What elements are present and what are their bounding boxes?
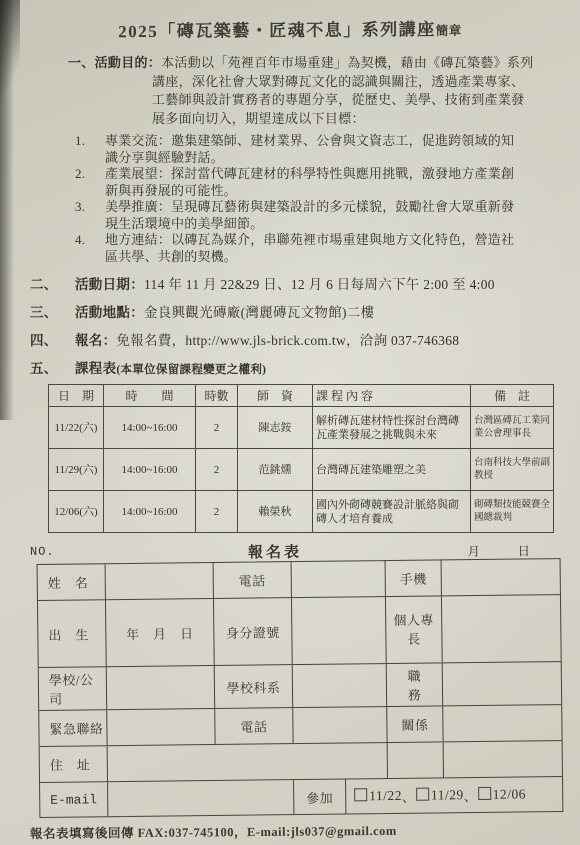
- goal-list: 1.專業交流：邀集建築師、建材業界、公會與文資志工，促進跨領域的知識分享與經驗對…: [75, 133, 527, 265]
- section-location-text: 金良興觀光磚廠(灣麗磚瓦文物館)二樓: [144, 305, 374, 320]
- table-row: 12/06(六) 14:00~16:00 2 賴榮秋 國內外砌磚競賽設計脈絡與砌…: [49, 491, 554, 533]
- checkbox-icon: [416, 788, 429, 801]
- phone-field-blank: [291, 561, 385, 597]
- section-purpose-body: 本活動以「苑裡百年市場重建」為契機，藉由《磚瓦築藝》系列講座，深化社會大眾對磚瓦…: [152, 55, 534, 126]
- goal-text: 專業交流：邀集建築師、建材業界、公會與文資志工，促進跨領域的知識分享與經驗對話。: [105, 133, 514, 165]
- goal-number: 1.: [75, 133, 105, 150]
- course-header-time: 時 間: [104, 385, 196, 407]
- course-table: 日 期 時 間 時數 師 資 課 程 內 容 備 註 11/22(六) 14:0…: [48, 384, 554, 533]
- course-remarks: 台南科技大學前副教授: [471, 449, 554, 491]
- seminar-flyer-document: 2025「磚瓦築藝・匠魂不息」系列講座簡章 一、活動目的：本活動以「苑裡百年市場…: [0, 0, 580, 845]
- registration-month-label: 月: [467, 542, 480, 560]
- job-title-field-label: 職 務: [386, 663, 442, 706]
- course-header-date: 日 期: [49, 385, 104, 407]
- goal-number: 2.: [75, 166, 105, 183]
- mobile-field-label: 手機: [385, 560, 441, 596]
- id-number-field-label: 身分證號: [213, 598, 292, 665]
- school-company-field-blank: [106, 666, 214, 709]
- emergency-contact-field-blank: [106, 709, 214, 745]
- registration-row-email: E-mail 參加 11/22 、 11/29 、 12/06: [40, 776, 562, 817]
- registration-row-name: 姓 名 電話 手機: [38, 559, 560, 600]
- join-option-label: 11/29: [431, 787, 464, 802]
- goal-number: 3.: [75, 199, 105, 216]
- join-option-separator: 、: [402, 786, 416, 806]
- relation-field-label: 關係: [386, 706, 442, 742]
- section-schedule-heading: 課程表: [75, 361, 116, 376]
- name-field-blank: [105, 563, 213, 599]
- specialty-field-label: 個人專 長: [385, 596, 442, 663]
- section-location: 三、活動地點：金良興觀光磚廠(灣麗磚瓦文物館)二樓: [30, 304, 580, 321]
- course-time: 14:00~16:00: [104, 449, 196, 491]
- join-option-label: 11/22: [369, 788, 402, 803]
- course-hours: 2: [196, 491, 238, 533]
- section-purpose: 一、活動目的：本活動以「苑裡百年市場重建」為契機，藉由《磚瓦築藝》系列講座，深化…: [68, 54, 536, 128]
- join-option: 11/29: [416, 787, 464, 804]
- section-signup-text: 免報名費，http://www.jls-brick.com.tw，洽詢 037-…: [116, 333, 459, 348]
- section-location-heading: 活動地點：: [75, 305, 144, 320]
- specialty-label-line1: 個人專: [393, 611, 434, 630]
- goal-text: 美學推廣：呈現磚瓦藝術與建築設計的多元樣貌，鼓勵社會大眾重新發現生活環境中的美學…: [105, 199, 514, 231]
- course-instructor: 賴榮秋: [238, 491, 313, 533]
- emergency-phone-field-blank: [292, 707, 386, 743]
- section-schedule-note: (本單位保留課程變更之權利): [116, 364, 266, 376]
- section-date-number: 二、: [30, 276, 75, 293]
- course-time: 14:00~16:00: [104, 491, 196, 533]
- join-option: 12/06: [478, 786, 526, 803]
- course-content: 國內外砌磚競賽設計脈絡與砌磚人才培育養成: [313, 491, 471, 533]
- section-date-heading: 活動日期：: [75, 277, 144, 292]
- email-field-blank: [107, 780, 293, 816]
- goal-text: 產業展望：探討當代磚瓦建材的科學特性與應用挑戰，激發地方產業創新與再發展的可能性…: [105, 166, 514, 198]
- course-header-instructor: 師 資: [238, 385, 313, 407]
- course-time: 14:00~16:00: [104, 407, 196, 449]
- registration-row-birth: 出 生 年 月 日 身分證號 個人專 長: [38, 594, 561, 667]
- registration-row-school: 學校/公司 學校科系 職 務: [39, 661, 561, 710]
- id-number-field-blank: [291, 597, 386, 664]
- document-title-main: 2025「磚瓦築藝・匠魂不息」系列講座: [118, 20, 436, 41]
- table-row: 11/29(六) 14:00~16:00 2 范銚燻 台灣磚瓦建築雕塑之美 台南…: [49, 449, 554, 491]
- section-signup: 四、報名：免報名費，http://www.jls-brick.com.tw，洽詢…: [30, 332, 580, 349]
- emergency-phone-field-label: 電話: [214, 708, 292, 744]
- join-field-label: 參加: [293, 780, 345, 815]
- department-field-blank: [292, 664, 386, 707]
- section-schedule: 五、課程表(本單位保留課程變更之權利): [30, 360, 580, 379]
- birth-ymd-hint: 年 月 日: [105, 599, 214, 666]
- course-remarks: 砌磚類技能競賽全國總裁判: [471, 491, 554, 533]
- registration-row-emergency: 緊急聯絡 電話 關係: [39, 704, 561, 746]
- table-row: 11/22(六) 14:00~16:00 2 陳志銨 解析磚瓦建材特性探討台灣磚…: [49, 407, 554, 449]
- join-option: 11/22: [354, 788, 402, 805]
- course-instructor: 陳志銨: [238, 407, 313, 449]
- department-field-label: 學校科系: [214, 665, 292, 708]
- course-date: 11/22(六): [49, 407, 104, 449]
- registration-return-instructions: 報名表填寫後回傳 FAX:037-745100，E-mail:jls037@gm…: [30, 819, 580, 842]
- join-option-label: 12/06: [493, 786, 526, 801]
- goal-item: 3.美學推廣：呈現磚瓦藝術與建築設計的多元樣貌，鼓勵社會大眾重新發現生活環境中的…: [75, 199, 527, 232]
- course-remarks: 台灣區磚瓦工業同業公會理事長: [471, 407, 554, 449]
- section-purpose-number: 一、: [68, 55, 95, 70]
- mobile-field-blank: [441, 559, 560, 595]
- address-field-blank: [107, 743, 387, 781]
- goal-item: 4.地方連結：以磚瓦為媒介，串聯苑裡市場重建與地方文化特色，營造社區共學、共創的…: [75, 232, 527, 265]
- specialty-field-blank: [441, 595, 561, 662]
- section-schedule-number: 五、: [30, 360, 75, 377]
- section-date: 二、活動日期：114 年 11 月 22&29 日、12 月 6 日每周六下午 …: [30, 276, 580, 293]
- course-content: 台灣磚瓦建築雕塑之美: [313, 449, 471, 491]
- course-date: 11/29(六): [49, 449, 104, 491]
- address-field-label: 住 址: [40, 746, 107, 782]
- course-hours: 2: [196, 449, 238, 491]
- course-date: 12/06(六): [49, 491, 104, 533]
- section-signup-number: 四、: [30, 332, 75, 349]
- goal-item: 2.產業展望：探討當代磚瓦建材的科學特性與應用挑戰，激發地方產業創新與再發展的可…: [75, 166, 527, 199]
- course-header-hours: 時數: [196, 385, 238, 407]
- checkbox-icon: [354, 788, 367, 801]
- section-purpose-heading: 活動目的：: [95, 55, 162, 70]
- registration-row-address: 住 址: [40, 740, 562, 782]
- specialty-label-line2: 長: [407, 630, 421, 649]
- section-signup-heading: 報名：: [75, 333, 116, 348]
- address-extra-cell: [387, 742, 443, 778]
- course-table-header-row: 日 期 時 間 時數 師 資 課 程 內 容 備 註: [49, 385, 554, 407]
- emergency-contact-field-label: 緊急聯絡: [39, 710, 106, 746]
- document-title-suffix: 簡章: [436, 24, 462, 38]
- course-hours: 2: [196, 407, 238, 449]
- course-instructor: 范銚燻: [238, 449, 313, 491]
- job-title-field-blank: [442, 662, 561, 705]
- document-title: 2025「磚瓦築藝・匠魂不息」系列講座簡章: [0, 14, 580, 43]
- course-content: 解析磚瓦建材特性探討台灣磚瓦產業發展之挑戰與未來: [313, 407, 471, 449]
- email-field-label: E-mail: [40, 782, 107, 817]
- goal-text: 地方連結：以磚瓦為媒介，串聯苑裡市場重建與地方文化特色，營造社區共學、共創的契機…: [105, 232, 514, 264]
- registration-form-table: 姓 名 電話 手機 出 生 年 月 日 身分證號 個人專 長 學校/公司 學校科…: [37, 558, 564, 818]
- join-options: 11/22 、 11/29 、 12/06: [345, 777, 562, 813]
- checkbox-icon: [478, 787, 491, 800]
- name-field-label: 姓 名: [38, 564, 105, 600]
- phone-field-label: 電話: [213, 562, 291, 598]
- section-date-text: 114 年 11 月 22&29 日、12 月 6 日每周六下午 2:00 至 …: [144, 277, 495, 292]
- course-header-remarks: 備 註: [471, 385, 554, 407]
- join-option-separator: 、: [464, 785, 478, 805]
- goal-number: 4.: [75, 232, 105, 249]
- address-extra-cell: [443, 741, 562, 777]
- birth-field-label: 出 生: [38, 600, 106, 667]
- relation-field-blank: [442, 705, 561, 741]
- goal-item: 1.專業交流：邀集建築師、建材業界、公會與文資志工，促進跨領域的知識分享與經驗對…: [75, 133, 527, 166]
- course-header-content: 課 程 內 容: [313, 385, 471, 407]
- section-location-number: 三、: [30, 304, 75, 321]
- school-company-field-label: 學校/公司: [39, 667, 106, 710]
- registration-day-label: 日: [517, 541, 530, 559]
